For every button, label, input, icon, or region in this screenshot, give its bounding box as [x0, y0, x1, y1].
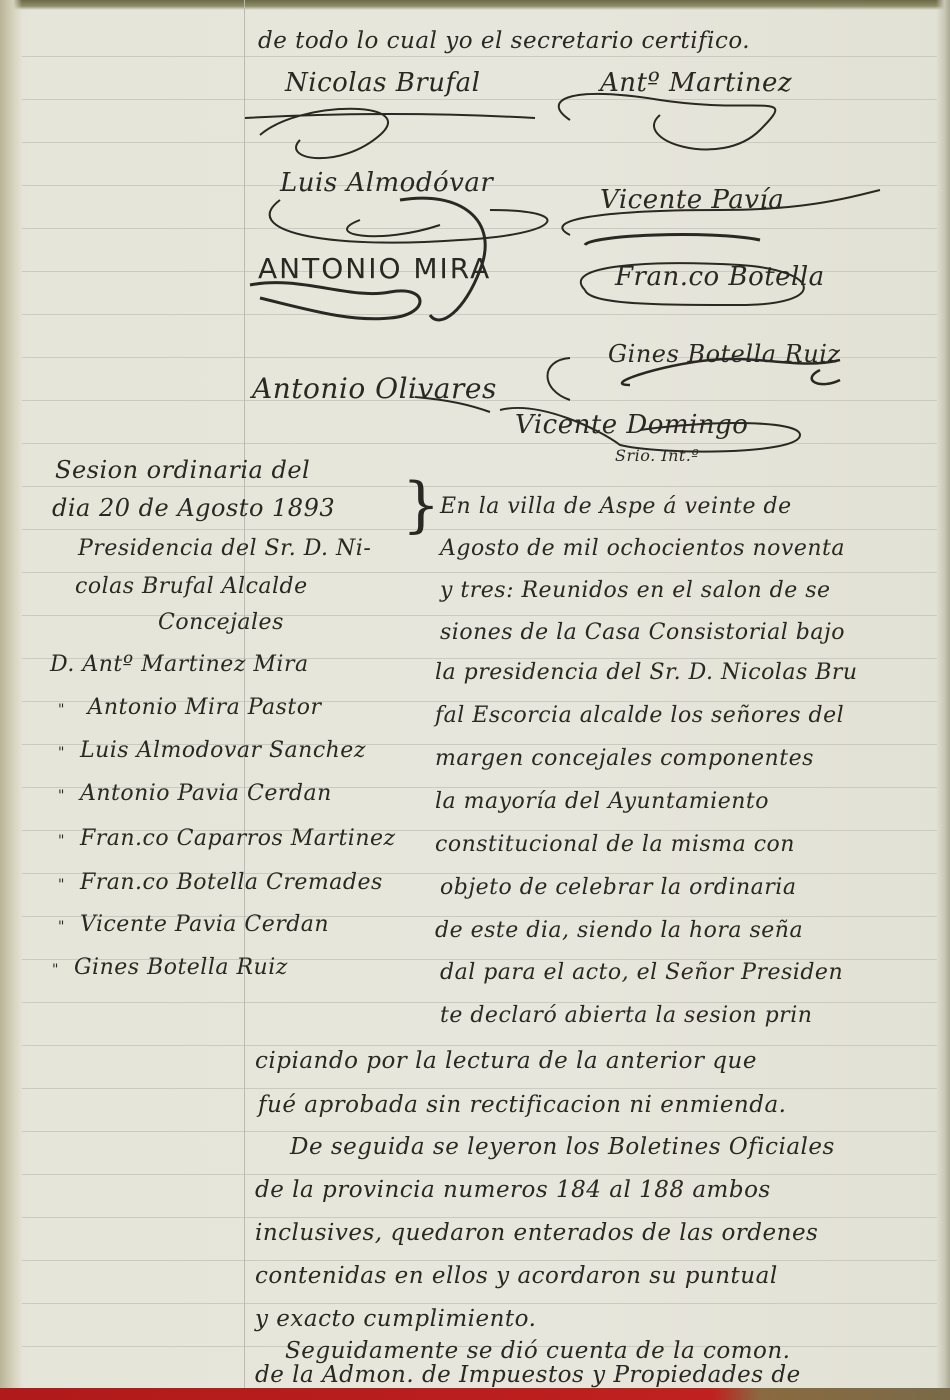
councillor-item: " Antonio Mira Pastor — [58, 695, 322, 720]
councillor-item: " Vicente Pavia Cerdan — [58, 912, 329, 937]
page-bottom-edge — [0, 1388, 950, 1400]
body-line: constitucional de la misma con — [435, 832, 795, 857]
ruled-line — [22, 1303, 937, 1304]
body-line: siones de la Casa Consistorial bajo — [440, 620, 845, 645]
body-line: De seguida se leyeron los Boletines Ofic… — [290, 1134, 835, 1160]
ruled-line — [22, 1045, 937, 1046]
presidency-line1: Presidencia del Sr. D. Ni- — [78, 536, 371, 561]
brace-icon: } — [402, 470, 440, 540]
body-line: de la Admon. de Impuestos y Propiedades … — [255, 1362, 801, 1388]
councillor-item: " Fran.co Caparros Martinez — [58, 826, 396, 851]
ruled-line — [22, 529, 937, 530]
body-line: de la provincia numeros 184 al 188 ambos — [255, 1177, 771, 1203]
body-line: En la villa de Aspe á veinte de — [440, 494, 792, 519]
ruled-line — [22, 1260, 937, 1261]
body-line: y exacto cumplimiento. — [255, 1306, 536, 1332]
body-line: objeto de celebrar la ordinaria — [440, 875, 796, 900]
ruled-line — [22, 572, 937, 573]
ruled-line — [22, 486, 937, 487]
session-heading-line1: Sesion ordinaria del — [55, 456, 310, 484]
body-line: fal Escorcia alcalde los señores del — [435, 703, 844, 728]
page-right-edge — [936, 0, 950, 1400]
body-line: inclusives, quedaron enterados de las or… — [255, 1220, 818, 1246]
body-line: la presidencia del Sr. D. Nicolas Bru — [435, 660, 858, 685]
body-line: contenidas en ellos y acordaron su puntu… — [255, 1263, 778, 1289]
page-top-edge — [0, 0, 950, 10]
body-line: y tres: Reunidos en el salon de se — [440, 578, 831, 603]
closing-line: de todo lo cual yo el secretario certifi… — [258, 28, 750, 54]
body-line: Agosto de mil ochocientos noventa — [440, 536, 845, 561]
body-line: la mayoría del Ayuntamiento — [435, 789, 769, 814]
body-line: margen concejales componentes — [435, 746, 814, 771]
manuscript-page: de todo lo cual yo el secretario certifi… — [0, 0, 950, 1400]
signature-flourishes — [240, 60, 900, 480]
body-line: te declaró abierta la sesion prin — [440, 1003, 812, 1028]
body-line: cipiando por la lectura de la anterior q… — [255, 1048, 757, 1074]
councillor-item: " Fran.co Botella Cremades — [58, 870, 383, 895]
ruled-line — [22, 1217, 937, 1218]
presidency-line2: colas Brufal Alcalde — [75, 574, 308, 599]
body-line: dal para el acto, el Señor Presiden — [440, 960, 843, 985]
ruled-line — [22, 1088, 937, 1089]
councillor-item: D. Antº Martinez Mira — [50, 652, 309, 677]
session-heading-line2: dia 20 de Agosto 1893 — [52, 494, 335, 522]
councillor-item: " Gines Botella Ruiz — [52, 955, 288, 980]
councillor-item: " Antonio Pavia Cerdan — [58, 781, 332, 806]
page-left-edge — [0, 0, 22, 1400]
ruled-line — [22, 56, 937, 57]
councillor-item: " Luis Almodovar Sanchez — [58, 738, 366, 763]
councillors-title: Concejales — [158, 610, 284, 635]
ruled-line — [22, 1174, 937, 1175]
ruled-line — [22, 1131, 937, 1132]
body-line: Seguidamente se dió cuenta de la comon. — [285, 1338, 790, 1364]
body-line: fué aprobada sin rectificacion ni enmien… — [258, 1092, 787, 1118]
body-line: de este dia, siendo la hora seña — [435, 918, 803, 943]
